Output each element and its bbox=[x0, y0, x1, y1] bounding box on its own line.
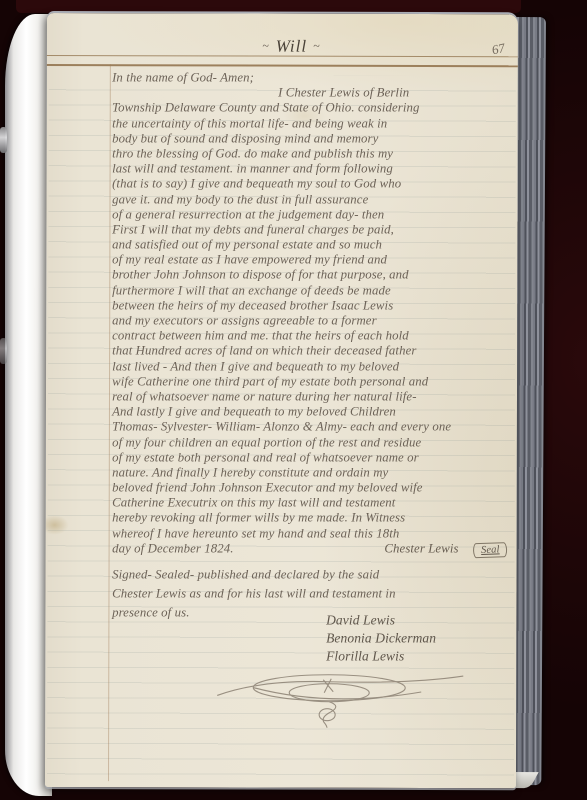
date-signature-row: day of December 1824. Chester Lewis Seal bbox=[112, 542, 513, 557]
witness-signatures: David LewisBenonia DickermanFlorilla Lew… bbox=[326, 612, 513, 666]
manuscript-line: thro the blessing of God. do make and pu… bbox=[112, 147, 513, 162]
witness-signature: Florilla Lewis bbox=[326, 648, 513, 666]
pen-flourish-drawing bbox=[211, 665, 481, 728]
heading-flourish-left-icon: ~ bbox=[256, 39, 276, 53]
will-heading-text: Will bbox=[276, 37, 307, 56]
binding-post bbox=[0, 127, 7, 153]
manuscript-body: I Chester Lewis of BerlinTownship Delawa… bbox=[112, 86, 513, 542]
binding-post bbox=[0, 338, 7, 364]
manuscript-line: contract between him and me. that the he… bbox=[112, 329, 513, 344]
seal-badge: Seal bbox=[472, 542, 507, 558]
manuscript-line: and my executors or assigns agreeable to… bbox=[112, 314, 513, 329]
manuscript-page: ~Will~ 67 In the name of God- Amen; I Ch… bbox=[45, 13, 518, 788]
manuscript-text: In the name of God- Amen; I Chester Lewi… bbox=[112, 71, 513, 666]
book-cover-edge bbox=[16, 0, 521, 13]
manuscript-line: between the heirs of my deceased brother… bbox=[112, 299, 513, 314]
heading-flourish-right-icon: ~ bbox=[307, 39, 327, 53]
manuscript-line: that Hundred acres of land on which thei… bbox=[112, 344, 513, 359]
manuscript-line: last lived - And then I give and bequeat… bbox=[112, 359, 513, 374]
manuscript-line: hereby revoking all former wills by me m… bbox=[112, 511, 513, 526]
manuscript-line: the uncertainty of this mortal life- and… bbox=[112, 116, 513, 131]
manuscript-line: gave it. and my body to the dust in full… bbox=[112, 192, 513, 207]
manuscript-line: of my estate both personal and real of w… bbox=[112, 450, 513, 465]
manuscript-line: last will and testament. in manner and f… bbox=[112, 162, 513, 177]
manuscript-line: Catherine Executrix on this my last will… bbox=[112, 496, 513, 511]
manuscript-line: nature. And finally I hereby constitute … bbox=[112, 466, 513, 481]
manuscript-line: I Chester Lewis of Berlin bbox=[278, 86, 513, 101]
manuscript-line: of my four children an equal portion of … bbox=[112, 435, 513, 450]
manuscript-line: First I will that my debts and funeral c… bbox=[112, 223, 513, 238]
manuscript-line: of a general resurrection at the judgeme… bbox=[112, 207, 513, 222]
testator-signature: Chester Lewis bbox=[384, 542, 458, 557]
book-photo-background: ~Will~ 67 In the name of God- Amen; I Ch… bbox=[0, 0, 587, 800]
manuscript-line: whereof I have hereunto set my hand and … bbox=[112, 526, 513, 541]
attestation-line: Signed- Sealed- published and declared b… bbox=[112, 566, 513, 585]
manuscript-line: And lastly I give and bequeath to my bel… bbox=[112, 405, 513, 420]
manuscript-line: (that is to say) I give and bequeath my … bbox=[112, 177, 513, 192]
manuscript-line: furthermore I will that an exchange of d… bbox=[112, 283, 513, 298]
manuscript-line: Township Delaware County and State of Oh… bbox=[112, 101, 513, 116]
manuscript-line: beloved friend John Johnson Executor and… bbox=[112, 481, 513, 496]
manuscript-line: body but of sound and disposing mind and… bbox=[112, 131, 513, 146]
attestation-line: Chester Lewis as and for his last will a… bbox=[112, 585, 513, 604]
manuscript-line: wife Catherine one third part of my esta… bbox=[112, 374, 513, 389]
margin-line bbox=[108, 64, 111, 781]
manuscript-line: of my real estate as I have empowered my… bbox=[112, 253, 513, 268]
manuscript-opening-line: In the name of God- Amen; bbox=[112, 71, 513, 86]
manuscript-line: real of whatsoever name or nature during… bbox=[112, 390, 513, 405]
witness-signature: David Lewis bbox=[326, 612, 513, 630]
witness-signature: Benonia Dickerman bbox=[326, 630, 513, 648]
manuscript-line: Thomas- Sylvester- William- Alonzo & Alm… bbox=[112, 420, 513, 435]
header-rule-bottom bbox=[47, 64, 518, 67]
manuscript-line: and satisfied out of my personal estate … bbox=[112, 238, 513, 253]
date-line: day of December 1824. bbox=[112, 542, 234, 557]
will-heading: ~Will~ bbox=[47, 36, 518, 57]
manuscript-line: brother John Johnson to dispose of for t… bbox=[112, 268, 513, 283]
